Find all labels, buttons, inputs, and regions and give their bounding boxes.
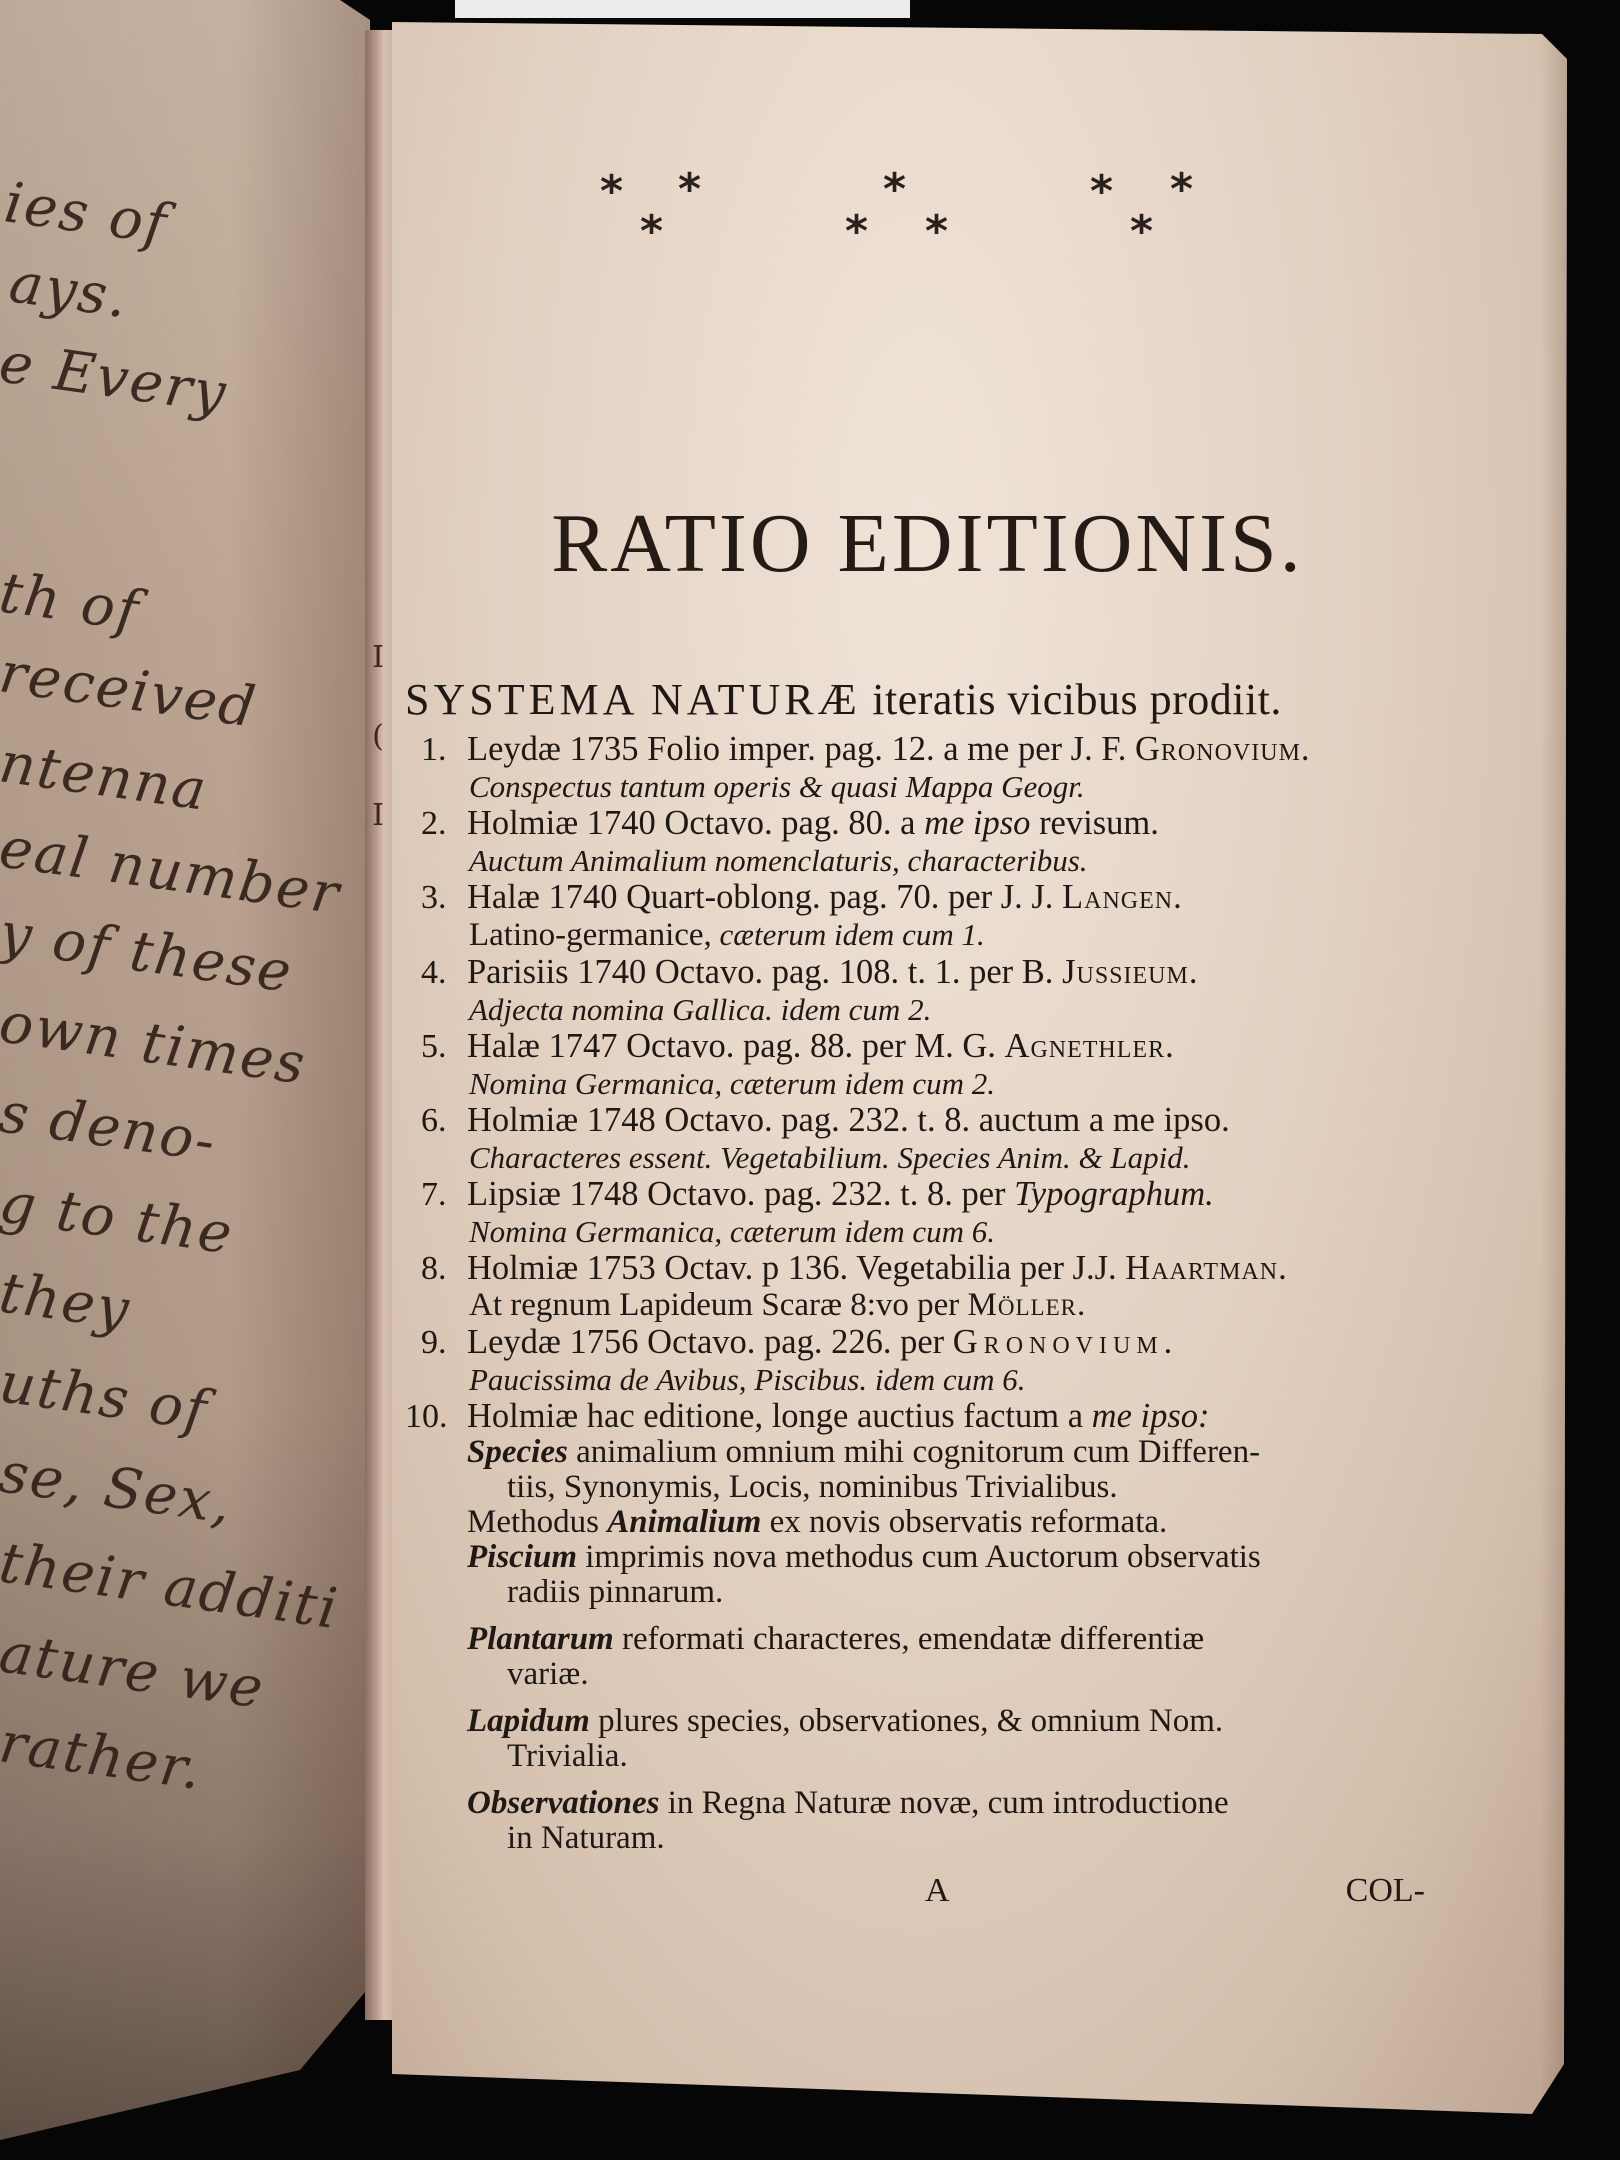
feature-continuation: radiis pinnarum. bbox=[467, 1575, 1430, 1610]
edition-entry: 4. Parisiis 1740 Octavo. pag. 108. t. 1.… bbox=[405, 954, 1430, 1028]
gutter-mark: I bbox=[372, 640, 384, 675]
ornament-group: * * * bbox=[845, 160, 955, 270]
edition-10-items: Species animalium omnium mihi cognitorum… bbox=[467, 1435, 1430, 1856]
feature-item: Observationes in Regna Naturæ novæ, cum … bbox=[467, 1786, 1430, 1821]
entry-number: 2. bbox=[421, 805, 447, 843]
entry-text: Leydæ 1756 Octavo. pag. 226. per bbox=[467, 1323, 944, 1361]
entry-note: Auctum Animalium nomenclaturis, characte… bbox=[467, 842, 1430, 879]
entry-author: Agnethler. bbox=[1005, 1027, 1175, 1065]
entry-main-line: Holmiæ 1753 Octav. p 136. Vegetabilia pe… bbox=[467, 1250, 1430, 1287]
entry-text: Holmiæ 1740 Octavo. pag. 80. a bbox=[467, 804, 915, 842]
entry-note-italic: cæterum idem cum 1. bbox=[720, 917, 985, 952]
entry-note: Latino-germanice, cæterum idem cum 1. bbox=[467, 916, 1430, 954]
feature-text: ex novis observatis reformata. bbox=[770, 1504, 1168, 1540]
entry-note: Adjecta nomina Gallica. idem cum 2. bbox=[467, 991, 1430, 1028]
entry-main-line: Leydæ 1756 Octavo. pag. 226. per Gronovi… bbox=[467, 1324, 1430, 1361]
intro-rest: iteratis vicibus prodiit. bbox=[872, 675, 1282, 724]
entry-main-line: Lipsiæ 1748 Octavo. pag. 232. t. 8. per … bbox=[467, 1176, 1430, 1213]
page-title: RATIO EDITIONIS. bbox=[405, 495, 1430, 592]
feature-lead: Species bbox=[467, 1434, 568, 1470]
edition-entry: 7. Lipsiæ 1748 Octavo. pag. 232. t. 8. p… bbox=[405, 1176, 1430, 1250]
entry-main-line: Holmiæ 1740 Octavo. pag. 80. a me ipso r… bbox=[467, 805, 1430, 842]
edition-entry: 8. Holmiæ 1753 Octav. p 136. Vegetabilia… bbox=[405, 1250, 1430, 1324]
entry-main-line: Holmiæ hac editione, longe auctius factu… bbox=[467, 1398, 1430, 1435]
entry-note-roman: At regnum Lapideum Scaræ 8:vo per bbox=[469, 1287, 959, 1323]
entry-italic: Typographum. bbox=[1014, 1175, 1214, 1213]
entry-number: 9. bbox=[421, 1324, 447, 1362]
feature-text: imprimis nova methodus cum Auctorum obse… bbox=[585, 1539, 1261, 1575]
gutter-mark: I bbox=[372, 798, 384, 833]
catchword: COL- bbox=[1346, 1872, 1425, 1910]
entry-text: Halæ 1740 Quart-oblong. pag. 70. per J. … bbox=[467, 878, 1053, 916]
feature-text: plures species, observationes, & omnium … bbox=[598, 1703, 1223, 1739]
entry-main-line: Leydæ 1735 Folio imper. pag. 12. a me pe… bbox=[467, 731, 1430, 768]
asterisk-icon: * bbox=[845, 210, 868, 254]
edition-entry: 2. Holmiæ 1740 Octavo. pag. 80. a me ips… bbox=[405, 805, 1430, 879]
entry-author: Jussieum. bbox=[1062, 953, 1198, 991]
entry-number: 8. bbox=[421, 1250, 447, 1288]
entry-number: 4. bbox=[421, 954, 447, 992]
feature-item: Plantarum reformati characteres, emendat… bbox=[467, 1622, 1430, 1657]
edition-entry: 5. Halæ 1747 Octavo. pag. 88. per M. G. … bbox=[405, 1028, 1430, 1102]
feature-item: Methodus Animalium ex novis observatis r… bbox=[467, 1505, 1430, 1540]
feature-continuation: Trivialia. bbox=[467, 1739, 1430, 1774]
entry-number: 5. bbox=[421, 1028, 447, 1066]
asterisk-icon: * bbox=[600, 170, 623, 214]
entry-note: Nomina Germanica, cæterum idem cum 6. bbox=[467, 1213, 1430, 1250]
entry-note-roman: Latino-germanice, bbox=[469, 917, 712, 953]
entry-text: Lipsiæ 1748 Octavo. pag. 232. t. 8. per bbox=[467, 1175, 1006, 1213]
entry-number: 6. bbox=[421, 1102, 447, 1140]
edition-entry: 3. Halæ 1740 Quart-oblong. pag. 70. per … bbox=[405, 879, 1430, 954]
entry-author: Gronovium. bbox=[1135, 730, 1311, 768]
edition-entry: 1. Leydæ 1735 Folio imper. pag. 12. a me… bbox=[405, 731, 1430, 805]
edition-entry: 9. Leydæ 1756 Octavo. pag. 226. per Gron… bbox=[405, 1324, 1430, 1398]
feature-lead: Lapidum bbox=[467, 1703, 590, 1739]
entry-number: 1. bbox=[421, 731, 447, 769]
entry-note: Paucissima de Avibus, Piscibus. idem cum… bbox=[467, 1361, 1430, 1398]
printed-page-content: * * * * * * * * * RATIO EDITIONIS. SYSTE… bbox=[405, 160, 1430, 1856]
gutter-show-through-marks: I ( I bbox=[368, 640, 388, 833]
entry-author: Haartman. bbox=[1125, 1249, 1287, 1287]
entry-main-line: Halæ 1747 Octavo. pag. 88. per M. G. Agn… bbox=[467, 1028, 1430, 1065]
feature-continuation: variæ. bbox=[467, 1657, 1430, 1692]
asterisk-icon: * bbox=[1090, 170, 1113, 214]
page-edge-shadow bbox=[1540, 34, 1570, 2094]
entry-note: At regnum Lapideum Scaræ 8:vo per Möller… bbox=[467, 1287, 1430, 1324]
feature-item: Piscium imprimis nova methodus cum Aucto… bbox=[467, 1540, 1430, 1575]
asterisk-icon: * bbox=[678, 168, 701, 212]
feature-lead-roman: Methodus bbox=[467, 1504, 599, 1540]
entry-main-line: Parisiis 1740 Octavo. pag. 108. t. 1. pe… bbox=[467, 954, 1430, 991]
feature-text: reformati characteres, emendatæ differen… bbox=[622, 1621, 1204, 1657]
entry-text: Leydæ 1735 Folio imper. pag. 12. a me pe… bbox=[467, 730, 1126, 768]
entry-note: Conspectus tantum operis & quasi Mappa G… bbox=[467, 768, 1430, 805]
feature-continuation: tiis, Synonymis, Locis, nominibus Trivia… bbox=[467, 1470, 1430, 1505]
feature-continuation: in Naturam. bbox=[467, 1821, 1430, 1856]
entry-italic: me ipso: bbox=[1092, 1397, 1210, 1435]
feature-lead: Piscium bbox=[467, 1539, 577, 1575]
asterisk-icon: * bbox=[1130, 210, 1153, 254]
intro-line: SYSTEMA NATURÆ iteratis vicibus prodiit. bbox=[405, 674, 1430, 725]
entry-author: Gronovium. bbox=[953, 1323, 1179, 1361]
page-footer: A COL- bbox=[405, 1872, 1425, 1922]
entry-text: Halæ 1747 Octavo. pag. 88. per M. G. bbox=[467, 1027, 996, 1065]
entry-note: Nomina Germanica, cæterum idem cum 2. bbox=[467, 1065, 1430, 1102]
feature-item: Species animalium omnium mihi cognitorum… bbox=[467, 1435, 1430, 1470]
entry-number: 7. bbox=[421, 1176, 447, 1214]
feature-lead: Plantarum bbox=[467, 1621, 614, 1657]
entry-author: Langen. bbox=[1062, 878, 1183, 916]
entry-text: Parisiis 1740 Octavo. pag. 108. t. 1. pe… bbox=[467, 953, 1053, 991]
entry-text: Holmiæ 1753 Octav. p 136. Vegetabilia pe… bbox=[467, 1249, 1117, 1287]
feature-lead: Observationes bbox=[467, 1785, 660, 1821]
asterisk-ornament: * * * * * * * * * bbox=[600, 160, 1200, 270]
top-paper-slip bbox=[455, 0, 910, 18]
editions-list: 1. Leydæ 1735 Folio imper. pag. 12. a me… bbox=[405, 731, 1430, 1856]
left-page-manuscript: ies of ays. e Every th of received ntenn… bbox=[0, 0, 385, 2160]
ornament-group: * * * bbox=[600, 160, 710, 270]
asterisk-icon: * bbox=[640, 210, 663, 254]
intro-caps: SYSTEMA NATURÆ bbox=[405, 675, 861, 724]
feature-item: Lapidum plures species, observationes, &… bbox=[467, 1704, 1430, 1739]
gutter-mark: ( bbox=[372, 719, 384, 754]
signature-mark: A bbox=[925, 1872, 950, 1910]
entry-text: Holmiæ hac editione, longe auctius factu… bbox=[467, 1397, 1083, 1435]
entry-italic: me ipso bbox=[924, 804, 1030, 842]
feature-text: animalium omnium mihi cognitorum cum Dif… bbox=[576, 1434, 1260, 1470]
edition-entry: 6. Holmiæ 1748 Octavo. pag. 232. t. 8. a… bbox=[405, 1102, 1430, 1176]
asterisk-icon: * bbox=[883, 168, 906, 212]
entry-author: Möller. bbox=[968, 1287, 1087, 1323]
entry-text: revisum. bbox=[1039, 804, 1159, 842]
feature-lead: Animalium bbox=[607, 1504, 761, 1540]
asterisk-icon: * bbox=[925, 210, 948, 254]
edition-entry: 10. Holmiæ hac editione, longe auctius f… bbox=[405, 1398, 1430, 1856]
entry-main-line: Holmiæ 1748 Octavo. pag. 232. t. 8. auct… bbox=[467, 1102, 1430, 1139]
entry-main-line: Halæ 1740 Quart-oblong. pag. 70. per J. … bbox=[467, 879, 1430, 916]
entry-note: Characteres essent. Vegetabilium. Specie… bbox=[467, 1139, 1430, 1176]
entry-number: 3. bbox=[421, 879, 447, 917]
ornament-group: * * * bbox=[1090, 160, 1200, 270]
asterisk-icon: * bbox=[1170, 168, 1193, 212]
feature-text: in Regna Naturæ novæ, cum introductione bbox=[668, 1785, 1229, 1821]
entry-number: 10. bbox=[405, 1398, 448, 1436]
